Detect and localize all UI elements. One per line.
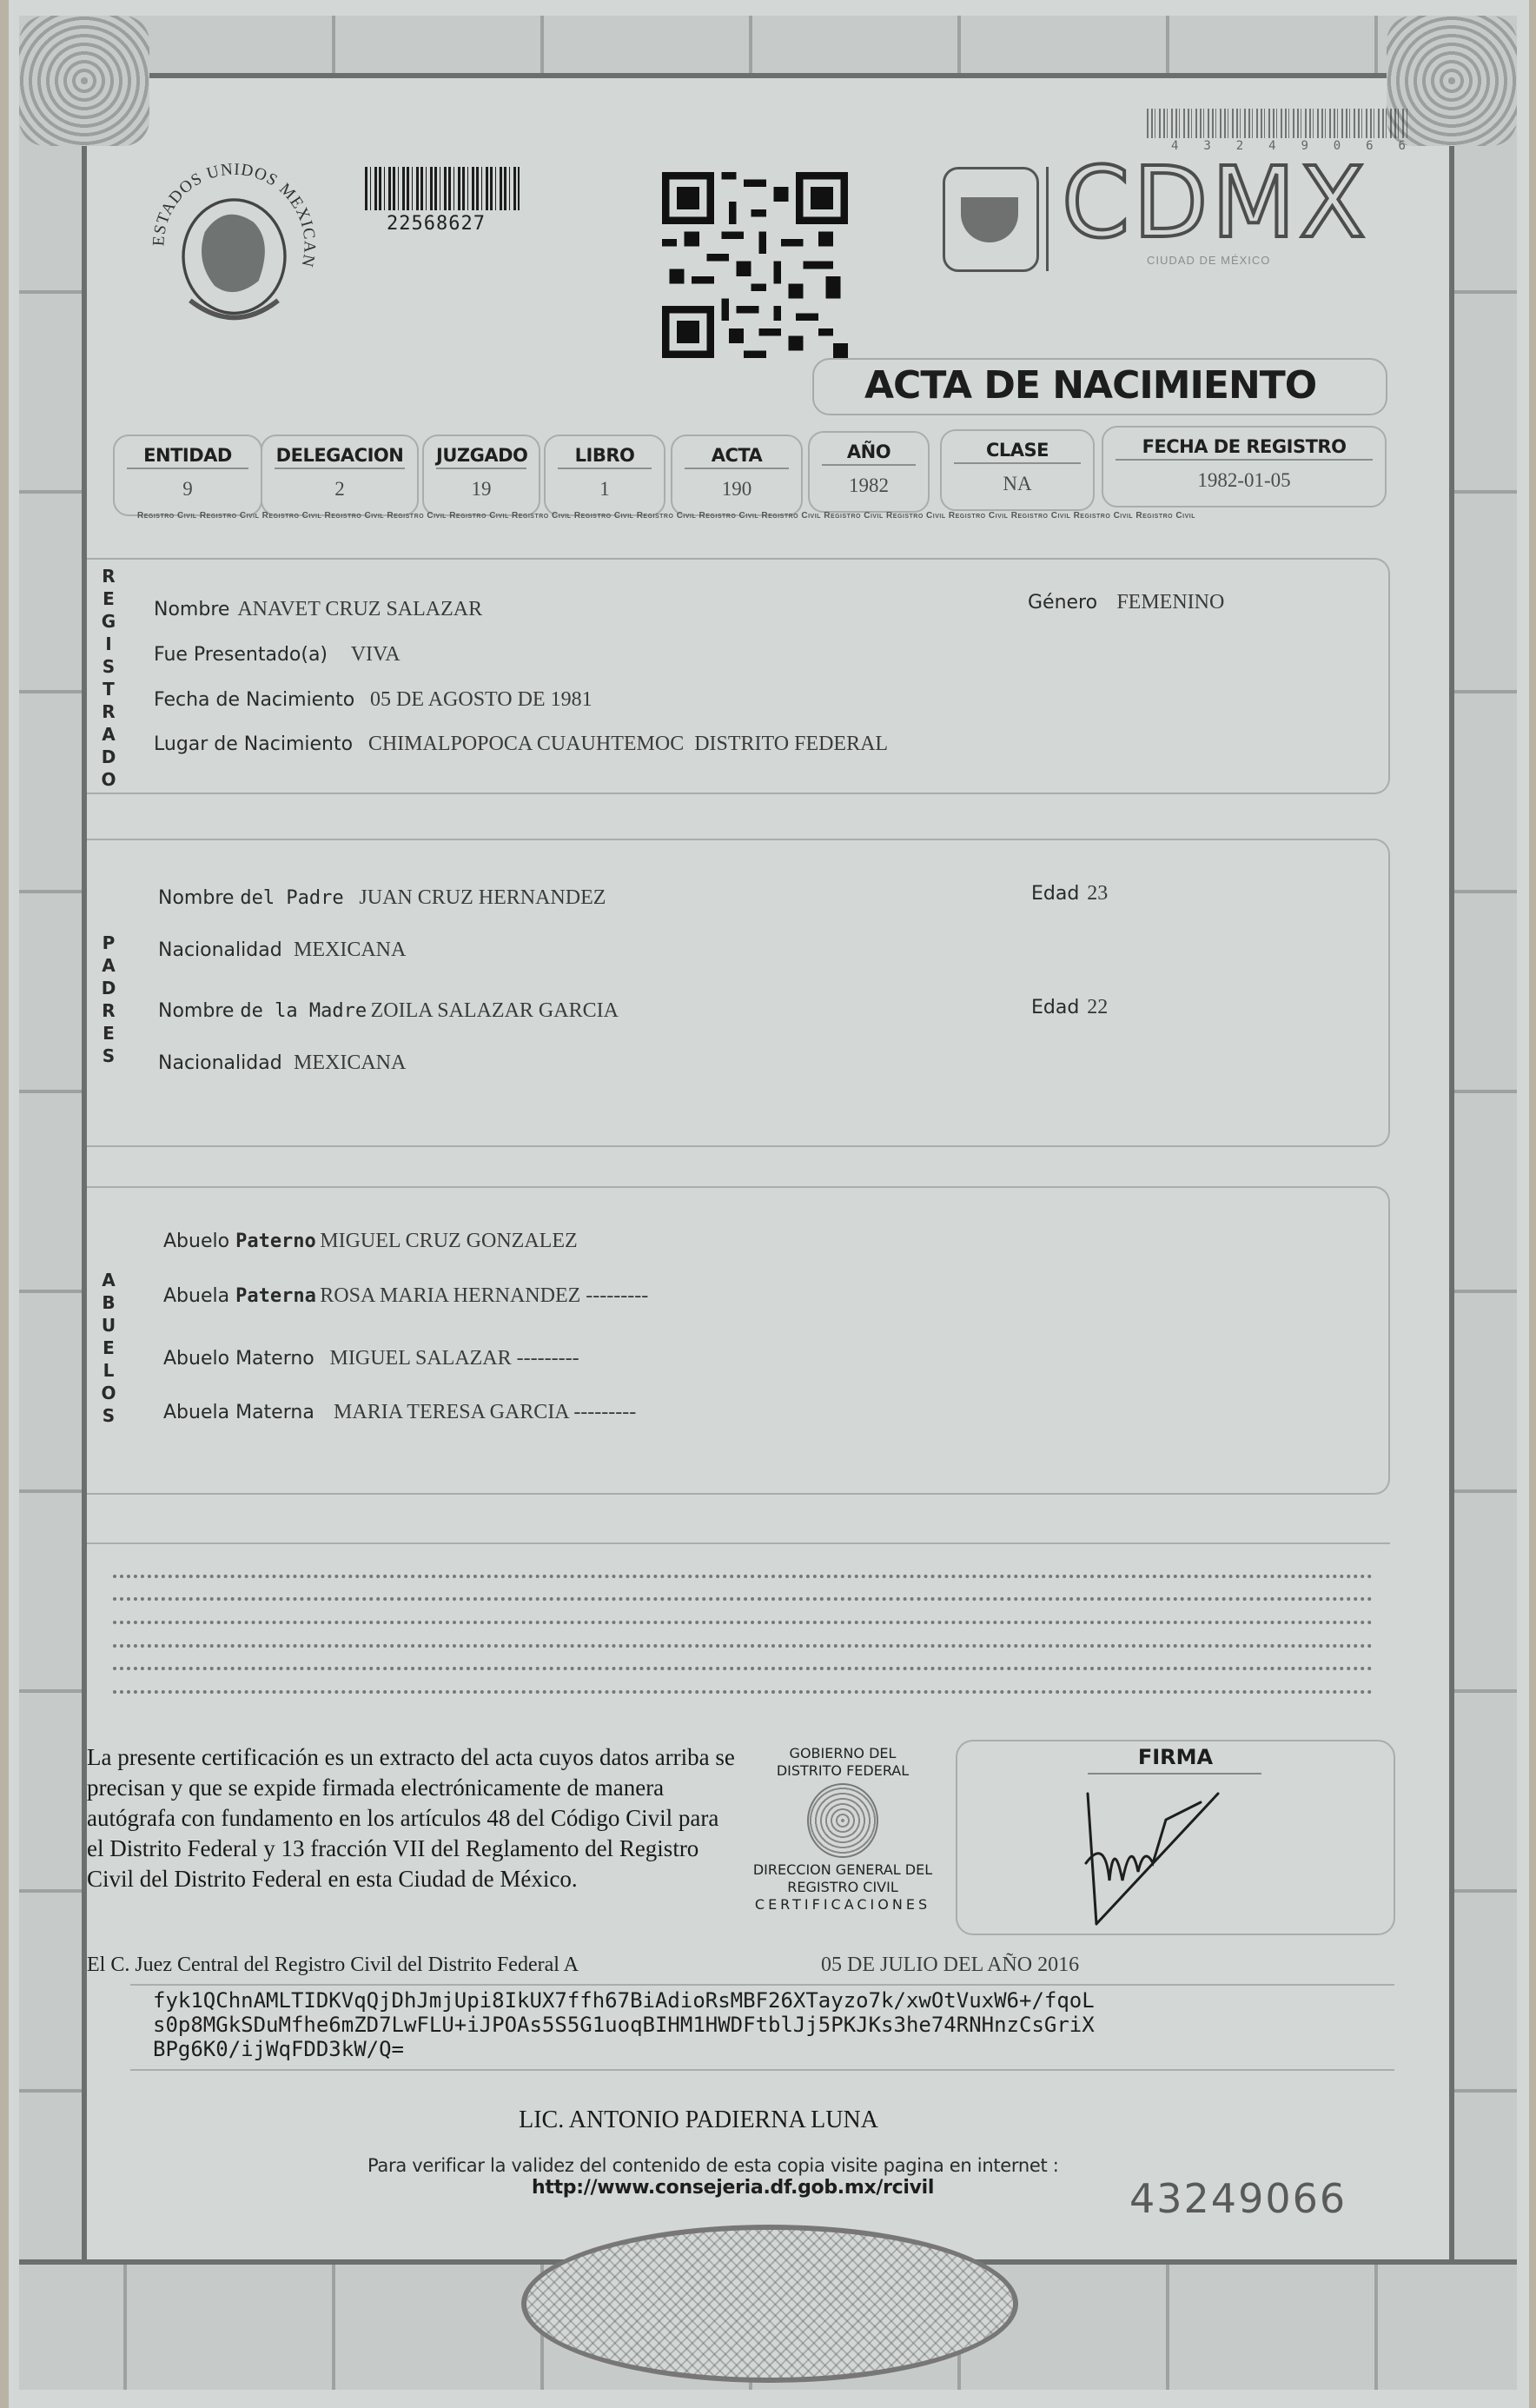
value-fecha-nacimiento: 05 DE AGOSTO DE 1981 bbox=[370, 688, 593, 711]
row-abuela-paterna: Abuela Paterna ROSA MARIA HERNANDEZ ----… bbox=[163, 1284, 648, 1308]
folio-barcode-icon bbox=[1147, 109, 1407, 138]
label-padre: Nombre del Padre bbox=[158, 887, 344, 909]
row-genero: Género FEMENINO bbox=[1028, 591, 1224, 614]
issue-date: 05 DE JULIO DEL AÑO 2016 bbox=[821, 1954, 1079, 1977]
field-label: JUZGADO bbox=[436, 445, 526, 469]
row-padre-edad: Edad 23 bbox=[1031, 882, 1108, 905]
field-label: FECHA DE REGISTRO bbox=[1116, 436, 1373, 461]
field-value: 19 bbox=[424, 478, 539, 501]
field-delegacion: DELEGACION 2 bbox=[261, 435, 419, 516]
qr-code-icon bbox=[662, 172, 848, 358]
field-libro: LIBRO 1 bbox=[544, 435, 665, 516]
value-padre: JUAN CRUZ HERNANDEZ bbox=[359, 886, 606, 909]
value-nombre: ANAVET CRUZ SALAZAR bbox=[237, 598, 482, 620]
side-label-registrado: REGISTRADO bbox=[99, 565, 118, 791]
cdmx-emblem-icon bbox=[943, 167, 1039, 272]
barcode-icon bbox=[365, 167, 520, 210]
dotted-line bbox=[113, 1690, 1373, 1694]
annotations-area bbox=[87, 1542, 1390, 1714]
logo-divider bbox=[1046, 167, 1049, 271]
field-value: 2 bbox=[262, 478, 417, 501]
label-edad: Edad bbox=[1031, 883, 1079, 905]
judge-statement: El C. Juez Central del Registro Civil de… bbox=[87, 1954, 579, 1977]
value-genero: FEMENINO bbox=[1116, 591, 1224, 614]
field-label: LIBRO bbox=[558, 445, 652, 469]
value-presentado: VIVA bbox=[351, 643, 401, 666]
field-juzgado: JUZGADO 19 bbox=[422, 435, 540, 516]
dotted-line bbox=[113, 1621, 1373, 1624]
handwritten-signature-icon bbox=[1070, 1785, 1244, 1933]
ornamental-border-right bbox=[1449, 16, 1517, 2388]
field-label: CLASE bbox=[954, 440, 1081, 464]
stamp-seal-icon bbox=[807, 1783, 878, 1858]
ornamental-border-top bbox=[19, 16, 1517, 78]
cdmx-logo: CDMX bbox=[1062, 155, 1369, 252]
signature-box: FIRMA bbox=[956, 1740, 1395, 1935]
value-lugar-nacimiento: CHIMALPOPOCA CUAUHTEMOC DISTRITO FEDERAL bbox=[368, 733, 888, 755]
label-nacionalidad: Nacionalidad bbox=[158, 1052, 282, 1074]
field-value: 190 bbox=[672, 478, 801, 501]
row-nombre: Nombre ANAVET CRUZ SALAZAR bbox=[154, 598, 482, 621]
label-nombre: Nombre bbox=[154, 599, 229, 620]
row-abuelo-paterno: Abuelo Paterno MIGUEL CRUZ GONZALEZ bbox=[163, 1230, 578, 1253]
certification-text: La presente certificación es un extracto… bbox=[87, 1742, 738, 1894]
guilloche-medallion-icon bbox=[521, 2225, 1018, 2383]
row-abuelo-materno: Abuelo Materno MIGUEL SALAZAR --------- bbox=[163, 1347, 579, 1370]
electronic-signature-hash: fyk1QChnAMLTIDKVqQjDhJmjUpi8IkUX7ffh67Bi… bbox=[153, 1988, 1095, 2061]
verification-instructions: Para verificar la validez del contenido … bbox=[367, 2155, 1059, 2176]
field-entidad: ENTIDAD 9 bbox=[113, 435, 262, 516]
dotted-line bbox=[113, 1667, 1373, 1670]
value-madre-nacionalidad: MEXICANA bbox=[294, 1051, 406, 1074]
side-label-padres: PADRES bbox=[99, 932, 118, 1067]
field-fecha-de-registro: FECHA DE REGISTRO 1982-01-05 bbox=[1102, 426, 1387, 507]
national-coat-of-arms-seal-icon: ESTADOS UNIDOS MEXICANOS bbox=[135, 152, 334, 351]
ornamental-border-left bbox=[19, 16, 87, 2388]
value-abuela-paterna: ROSA MARIA HERNANDEZ --------- bbox=[320, 1284, 648, 1307]
field-value: NA bbox=[942, 473, 1093, 495]
field-value: 9 bbox=[115, 478, 261, 501]
row-lugar-nacimiento: Lugar de Nacimiento CHIMALPOPOCA CUAUHTE… bbox=[154, 733, 888, 756]
label-genero: Género bbox=[1028, 592, 1097, 614]
signature-label-underline bbox=[1088, 1773, 1261, 1774]
field-value: 1982-01-05 bbox=[1103, 469, 1385, 492]
value-madre: ZOILA SALAZAR GARCIA bbox=[371, 999, 619, 1022]
label-lugar-nacimiento: Lugar de Nacimiento bbox=[154, 733, 353, 755]
value-abuelo-paterno: MIGUEL CRUZ GONZALEZ bbox=[320, 1230, 577, 1252]
row-padre: Nombre del Padre JUAN CRUZ HERNANDEZ bbox=[158, 886, 606, 910]
section-padres bbox=[87, 839, 1390, 1147]
serpent-corner-icon bbox=[19, 16, 149, 146]
value-padre-edad: 23 bbox=[1087, 882, 1108, 905]
field-value: 1 bbox=[546, 478, 664, 501]
civil-registry-stamp: GOBIERNO DEL DISTRITO FEDERAL DIRECCION … bbox=[738, 1745, 947, 1914]
cdmx-logo-subtitle: CIUDAD DE MÉXICO bbox=[1147, 254, 1270, 267]
row-madre-nacionalidad: Nacionalidad MEXICANA bbox=[158, 1051, 406, 1075]
field-label: ACTA bbox=[685, 445, 789, 469]
row-madre-edad: Edad 22 bbox=[1031, 996, 1108, 1019]
value-abuela-materna: MARIA TERESA GARCIA --------- bbox=[334, 1401, 636, 1423]
verification-url-link[interactable]: http://www.consejeria.df.gob.mx/rcivil bbox=[532, 2177, 934, 2199]
value-abuelo-materno: MIGUEL SALAZAR --------- bbox=[330, 1347, 579, 1370]
official-name: LIC. ANTONIO PADIERNA LUNA bbox=[0, 2106, 1536, 2134]
row-madre: Nombre de la Madre ZOILA SALAZAR GARCIA bbox=[158, 999, 619, 1023]
barcode-number: 22568627 bbox=[387, 213, 486, 235]
dotted-line bbox=[113, 1575, 1373, 1578]
dotted-line bbox=[113, 1597, 1373, 1601]
label-edad: Edad bbox=[1031, 997, 1079, 1018]
label-madre: Nombre de la Madre bbox=[158, 1000, 367, 1022]
security-microtext: Registro Civil Registro Civil Registro C… bbox=[137, 511, 1358, 521]
field-anio: AÑO 1982 bbox=[808, 431, 930, 513]
field-acta: ACTA 190 bbox=[671, 435, 803, 516]
row-fecha-nacimiento: Fecha de Nacimiento 05 DE AGOSTO DE 1981 bbox=[154, 688, 593, 712]
label-nacionalidad: Nacionalidad bbox=[158, 939, 282, 961]
signature-label: FIRMA bbox=[957, 1745, 1394, 1769]
field-clase: CLASE NA bbox=[940, 429, 1095, 511]
row-padre-nacionalidad: Nacionalidad MEXICANA bbox=[158, 939, 406, 962]
field-label: AÑO bbox=[822, 441, 916, 466]
value-madre-edad: 22 bbox=[1087, 996, 1108, 1018]
row-presentado: Fue Presentado(a) VIVA bbox=[154, 643, 401, 667]
row-abuela-materna: Abuela Materna MARIA TERESA GARCIA -----… bbox=[163, 1401, 636, 1424]
document-title: ACTA DE NACIMIENTO bbox=[864, 363, 1316, 408]
field-label: ENTIDAD bbox=[127, 445, 248, 469]
value-padre-nacionalidad: MEXICANA bbox=[294, 939, 406, 961]
side-label-abuelos: ABUELOS bbox=[99, 1269, 118, 1427]
label-presentado: Fue Presentado(a) bbox=[154, 644, 328, 666]
dotted-line bbox=[113, 1644, 1373, 1648]
field-value: 1982 bbox=[810, 474, 928, 497]
label-fecha-nacimiento: Fecha de Nacimiento bbox=[154, 689, 354, 711]
folio-number: 43249066 bbox=[1129, 2175, 1347, 2222]
field-label: DELEGACION bbox=[275, 445, 405, 469]
